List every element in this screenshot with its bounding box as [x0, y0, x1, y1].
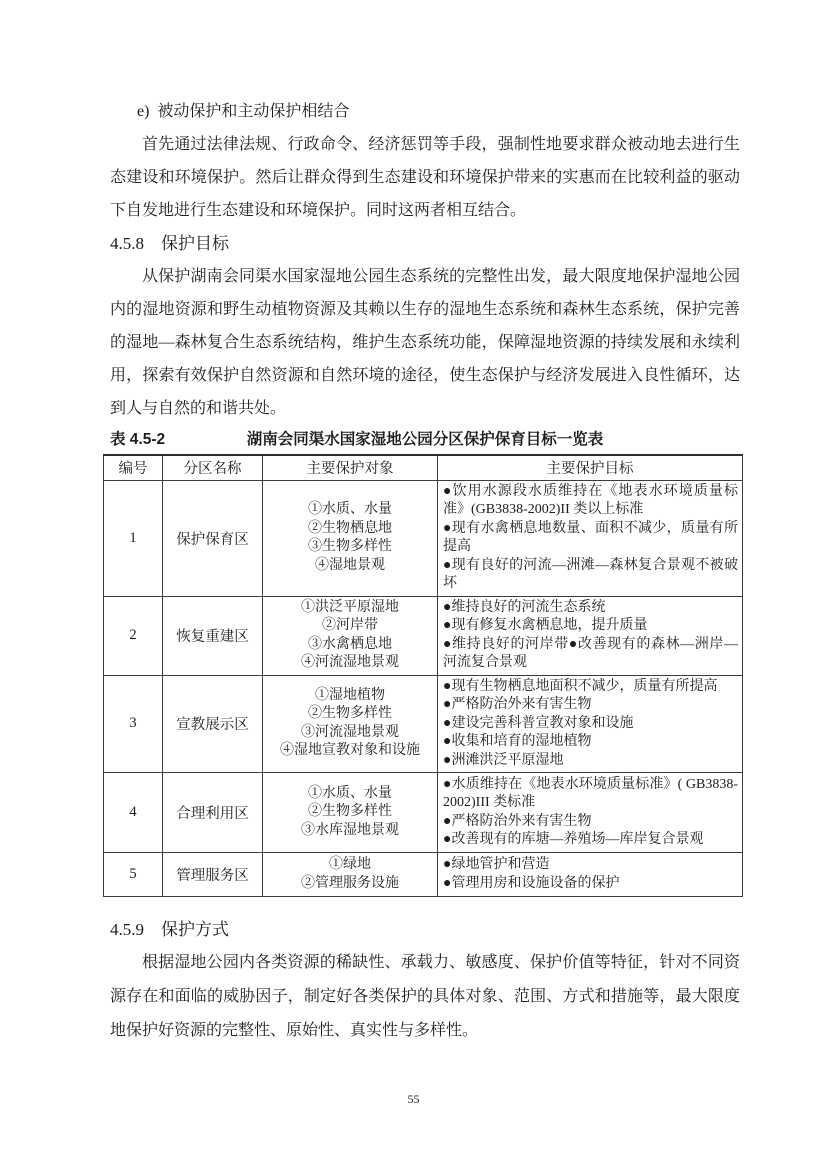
cell-protection-goals: ●绿地管护和营造●管理用房和设施设备的保护 [438, 853, 743, 897]
object-item: ②生物多样性 [265, 803, 435, 822]
goal-item: ●管理用房和设施设备的保护 [443, 875, 738, 894]
goal-item: ●维持良好的河流生态系统 [443, 599, 738, 618]
cell-protection-objects: ①绿地②管理服务设施 [263, 853, 438, 897]
page-number: 55 [0, 1092, 827, 1107]
object-item: ③水库湿地景观 [265, 822, 435, 841]
table-header-row: 编号 分区名称 主要保护对象 主要保护目标 [104, 455, 743, 480]
object-item: ②生物栖息地 [265, 520, 435, 539]
cell-id: 3 [104, 675, 163, 773]
cell-protection-objects: ①洪泛平原湿地②河岸带③水禽栖息地④河流湿地景观 [263, 596, 438, 675]
goal-item: ●维持良好的河岸带●改善现有的森林—洲岸—河流复合景观 [443, 636, 738, 673]
goal-item: ●建设完善科普宣教对象和设施 [443, 715, 738, 734]
goal-item: ●绿地管护和营造 [443, 856, 738, 875]
object-item: ③生物多样性 [265, 538, 435, 557]
cell-protection-goals: ●维持良好的河流生态系统●现有修复水禽栖息地，提升质量●维持良好的河岸带●改善现… [438, 596, 743, 675]
cell-protection-goals: ●水质维持在《地表水环境质量标准》( GB3838-2002)III 类标准●严… [438, 773, 743, 853]
goal-item: ●饮用水源段水质维持在《地表水环境质量标准》(GB3838-2002)II 类以… [443, 483, 738, 520]
cell-zone-name: 保护保育区 [163, 480, 263, 596]
paragraph-passive-active: 首先通过法律法规、行政命令、经济惩罚等手段，强制性地要求群众被动地去进行生态建设… [110, 128, 740, 227]
cell-zone-name: 恢复重建区 [163, 596, 263, 675]
cell-protection-goals: ●饮用水源段水质维持在《地表水环境质量标准》(GB3838-2002)II 类以… [438, 480, 743, 596]
cell-protection-objects: ①湿地植物②生物多样性③河流湿地景观④湿地宣教对象和设施 [263, 675, 438, 773]
goal-item: ●现有良好的河流—洲滩—森林复合景观不被破坏 [443, 557, 738, 594]
cell-id: 4 [104, 773, 163, 853]
object-item: ③河流湿地景观 [265, 724, 435, 743]
object-item: ②管理服务设施 [265, 875, 435, 894]
cell-protection-goals: ●现有生物栖息地面积不减少，质量有所提高●严格防治外来有害生物●建设完善科普宣教… [438, 675, 743, 773]
object-item: ①水质、水量 [265, 785, 435, 804]
object-item: ②河岸带 [265, 617, 435, 636]
cell-id: 1 [104, 480, 163, 596]
section-heading-4-5-8: 4.5.8 保护目标 [110, 227, 740, 260]
goal-item: ●现有修复水禽栖息地，提升质量 [443, 617, 738, 636]
goal-item: ●现有水禽栖息地数量、面积不减少，质量有所提高 [443, 520, 738, 557]
table-row: 5管理服务区①绿地②管理服务设施●绿地管护和营造●管理用房和设施设备的保护 [104, 853, 743, 897]
section-heading-4-5-9: 4.5.9 保护方式 [110, 913, 740, 946]
goal-item: ●水质维持在《地表水环境质量标准》( GB3838-2002)III 类标准 [443, 776, 738, 813]
cell-zone-name: 合理利用区 [163, 773, 263, 853]
object-item: ①绿地 [265, 856, 435, 875]
table-caption-label: 表 4.5-2 [110, 426, 165, 454]
table-row: 4合理利用区①水质、水量②生物多样性③水库湿地景观●水质维持在《地表水环境质量标… [104, 773, 743, 853]
list-item-e: e) 被动保护和主动保护相结合 [137, 95, 740, 128]
column-header-objects: 主要保护对象 [263, 455, 438, 480]
object-item: ④湿地景观 [265, 557, 435, 576]
column-header-goals: 主要保护目标 [438, 455, 743, 480]
cell-zone-name: 宣教展示区 [163, 675, 263, 773]
paragraph-protection-methods: 根据湿地公园内各类资源的稀缺性、承载力、敏感度、保护价值等特征，针对不同资源存在… [110, 946, 740, 1048]
goal-item: ●严格防治外来有害生物 [443, 696, 738, 715]
table-caption-title: 湖南会同渠水国家湿地公园分区保护保育目标一览表 [247, 431, 604, 448]
page-content: e) 被动保护和主动保护相结合 首先通过法律法规、行政命令、经济惩罚等手段，强制… [110, 95, 740, 1048]
goal-item: ●收集和培育的湿地植物 [443, 733, 738, 752]
object-item: ③水禽栖息地 [265, 636, 435, 655]
object-item: ④湿地宣教对象和设施 [265, 742, 435, 761]
table-row: 1保护保育区①水质、水量②生物栖息地③生物多样性④湿地景观●饮用水源段水质维持在… [104, 480, 743, 596]
table-caption: 表 4.5-2 湖南会同渠水国家湿地公园分区保护保育目标一览表 [110, 426, 740, 454]
object-item: ①湿地植物 [265, 687, 435, 706]
cell-id: 2 [104, 596, 163, 675]
cell-zone-name: 管理服务区 [163, 853, 263, 897]
zone-protection-table: 编号 分区名称 主要保护对象 主要保护目标 1保护保育区①水质、水量②生物栖息地… [103, 454, 743, 897]
cell-protection-objects: ①水质、水量②生物多样性③水库湿地景观 [263, 773, 438, 853]
zone-table-body: 1保护保育区①水质、水量②生物栖息地③生物多样性④湿地景观●饮用水源段水质维持在… [104, 480, 743, 897]
object-item: ②生物多样性 [265, 705, 435, 724]
table-row: 3宣教展示区①湿地植物②生物多样性③河流湿地景观④湿地宣教对象和设施●现有生物栖… [104, 675, 743, 773]
goal-item: ●洲滩洪泛平原湿地 [443, 752, 738, 771]
object-item: ④河流湿地景观 [265, 654, 435, 673]
object-item: ①洪泛平原湿地 [265, 599, 435, 618]
column-header-id: 编号 [104, 455, 163, 480]
document-page: e) 被动保护和主动保护相结合 首先通过法律法规、行政命令、经济惩罚等手段，强制… [0, 0, 827, 1169]
cell-protection-objects: ①水质、水量②生物栖息地③生物多样性④湿地景观 [263, 480, 438, 596]
cell-id: 5 [104, 853, 163, 897]
table-row: 2恢复重建区①洪泛平原湿地②河岸带③水禽栖息地④河流湿地景观●维持良好的河流生态… [104, 596, 743, 675]
paragraph-protection-goals: 从保护湖南会同渠水国家湿地公园生态系统的完整性出发，最大限度地保护湿地公园内的湿… [110, 260, 740, 425]
column-header-zone: 分区名称 [163, 455, 263, 480]
goal-item: ●改善现有的库塘—养殖场—库岸复合景观 [443, 831, 738, 850]
goal-item: ●现有生物栖息地面积不减少，质量有所提高 [443, 678, 738, 697]
object-item: ①水质、水量 [265, 501, 435, 520]
goal-item: ●严格防治外来有害生物 [443, 813, 738, 832]
